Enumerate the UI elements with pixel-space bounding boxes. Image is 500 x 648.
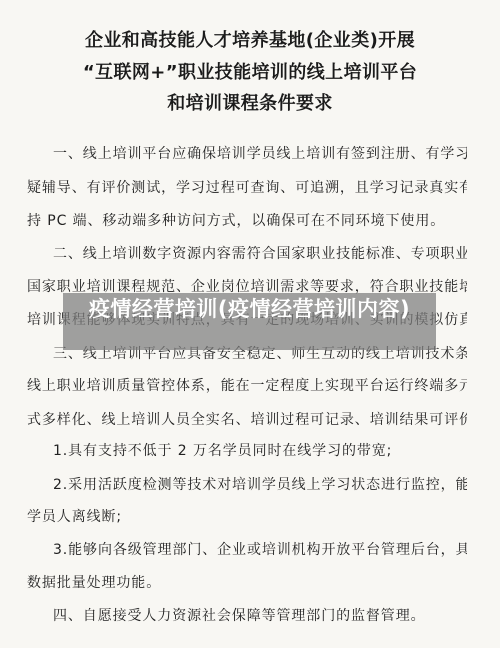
list-item-3-line-2: 数据批量处理功能。 <box>27 573 467 593</box>
document-title-line-2: “互联网+”职业技能培训的线上培训平台 <box>0 61 500 85</box>
caption-overlay-text: 疫情经营培训(疫情经营培训内容) <box>63 293 436 323</box>
document-title-line-3: 和培训课程条件要求 <box>0 92 500 116</box>
list-item-3-line-1: 3.能够向各级管理部门、企业或培训机构开放平台管理后台，具备参训人员 <box>53 540 467 560</box>
document-title-line-1: 企业和高技能人才培养基地(企业类)开展 <box>0 29 500 53</box>
paragraph-1-line-1: 一、线上培训平台应确保培训学员线上培训有签到注册、有学习记录、有答 <box>53 144 467 164</box>
paragraph-4: 四、自愿接受人力资源社会保障等管理部门的监督管理。 <box>53 606 467 626</box>
paragraph-3-line-3: 式多样化、线上培训人员全实名、培训过程可记录、培训结果可评价。 <box>27 410 467 430</box>
paragraph-2-line-1: 二、线上培训数字资源内容需符合国家职业技能标准、专项职业能力规范、 <box>53 244 467 264</box>
paragraph-1-line-2: 疑辅导、有评价测试，学习过程可查询、可追溯，且学习记录真实有效。平台支 <box>27 178 467 198</box>
paragraph-1-line-3: 持 PC 端、移动端多种访问方式，以确保可在不同环境下使用。 <box>27 211 467 231</box>
caption-overlay-banner: 疫情经营培训(疫情经营培训内容) <box>63 293 436 350</box>
list-item-2-line-2: 学员人离线断; <box>27 507 467 527</box>
list-item-1: 1.具有支持不低于 2 万名学员同时在线学习的带宽; <box>53 441 467 461</box>
paragraph-3-line-2: 线上职业培训质量管控体系，能在一定程度上实现平台运行终端多元化、培训方 <box>27 376 467 396</box>
list-item-2-line-1: 2.采用活跃度检测等技术对培训学员线上学习状态进行监控，能够实现培训 <box>53 475 467 495</box>
